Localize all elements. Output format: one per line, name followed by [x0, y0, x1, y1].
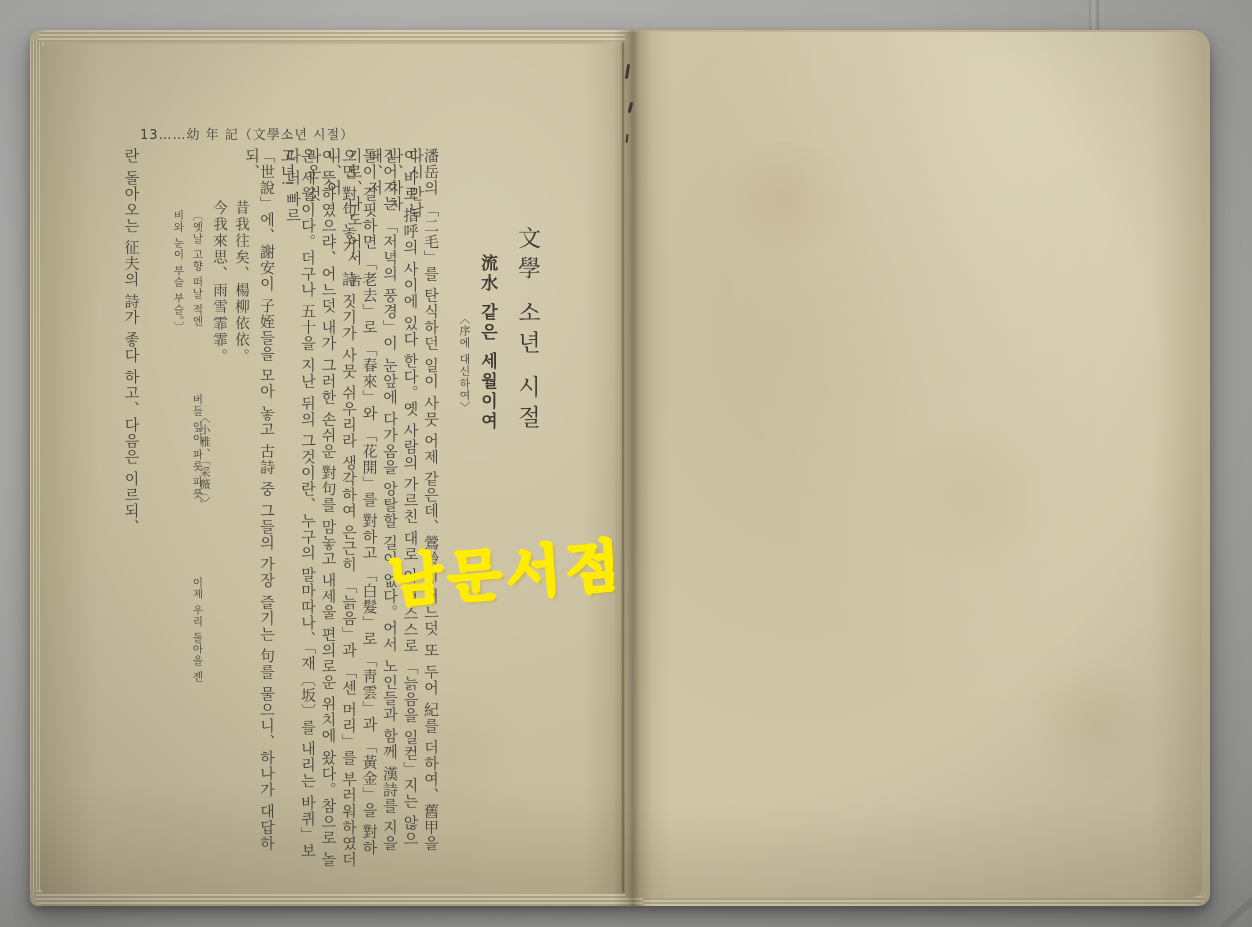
- body-column-6: 이 뜻하였으랴、어느덧 내가 그러한 손쉬운 對句를 맘놓고 내세울 편의로운 …: [319, 148, 336, 870]
- body-column-4: 들이 걸핏하면 「老去」로 「春來」와 「花開」를 對하고 「白髮」로 「靑雲」…: [360, 148, 377, 870]
- gloss-line-3: 이제 우리 돌아올 젠: [194, 515, 206, 682]
- poem-line-2: 今我來思、雨雪霏霏。: [213, 148, 230, 870]
- right-page-blank: [625, 32, 1202, 898]
- section-subtitle-note: 〈序에 대신하여〉: [458, 148, 472, 870]
- page-stain: [710, 142, 860, 252]
- page-stain: [880, 422, 1070, 572]
- gloss-line-1: 〔옛날 고향 떠날 적엔: [194, 148, 206, 327]
- body-column-8: 고녀!: [278, 148, 295, 870]
- left-page: 13……幼 年 記（文學소년 시절） 文學 소년 시절 流水 같은 세월이여 〈…: [40, 44, 625, 894]
- poem-line-1: 昔我往矣、楊柳依依。: [235, 148, 252, 870]
- body-column-7: 은 세월이다。더구나 五十을 지난 뒤의 그것이란、누구의 말마따나、「재〔坂〕…: [298, 148, 315, 870]
- body-column-3: 짙어지는 「저녁의 풍경」이 눈앞에 다가옴을 앙탈할 길이 없다。어서 노인들…: [380, 148, 397, 870]
- open-book: 13……幼 年 記（文學소년 시절） 文學 소년 시절 流水 같은 세월이여 〈…: [30, 30, 1210, 906]
- body-column-2: 이 바로 指呼의 사이에 있다 한다。옛 사람의 가르친 대로 아직 스스로 「…: [401, 148, 418, 870]
- body-column-9: 「世說」에、謝安이 子姪들을 모아 놓고 古詩 중 그들의 가장 즐기는 句를 …: [257, 148, 274, 870]
- page-stack-edge-top: [38, 30, 638, 42]
- gloss-line-4: 비와 눈이 부슬 부슬。〕: [175, 148, 187, 333]
- poem-gloss-group: 〔옛날 고향 떠날 적엔 버들 잎이 파릇 파릇、 이제 우리 돌아올 젠 비와…: [142, 148, 208, 870]
- gutter-crease-line: [622, 42, 624, 892]
- section-title: 流水 같은 세월이여: [478, 148, 500, 870]
- body-column-5: 으면 對句 놓기、詩 짓기가 사뭇 쉬우리라 생각하여 은근히 「늙음」과 「센…: [339, 148, 356, 870]
- running-head: 13……幼 年 記（文學소년 시절）: [140, 124, 354, 143]
- bookstore-watermark: 남문서점: [385, 522, 626, 618]
- chapter-title: 文學 소년 시절: [514, 148, 544, 870]
- vertical-text-block: 文學 소년 시절 流水 같은 세월이여 〈序에 대신하여〉 潘岳의 「二毛」를 …: [92, 148, 554, 870]
- floor-tile-seam-diagonal: [1220, 873, 1252, 927]
- page-stain: [1020, 662, 1170, 782]
- body-column-1: 潘岳의 「二毛」를 탄식하던 일이 사뭇 어제 같은데、鶯齡이 어느덧 또 두어…: [421, 148, 438, 870]
- poem-attribution: 〈小雅、「采薇」〉: [196, 412, 212, 509]
- closing-column: 란 돌아오는 征夫의 詩가 좋다 하고、다음은 이르되、: [122, 148, 139, 870]
